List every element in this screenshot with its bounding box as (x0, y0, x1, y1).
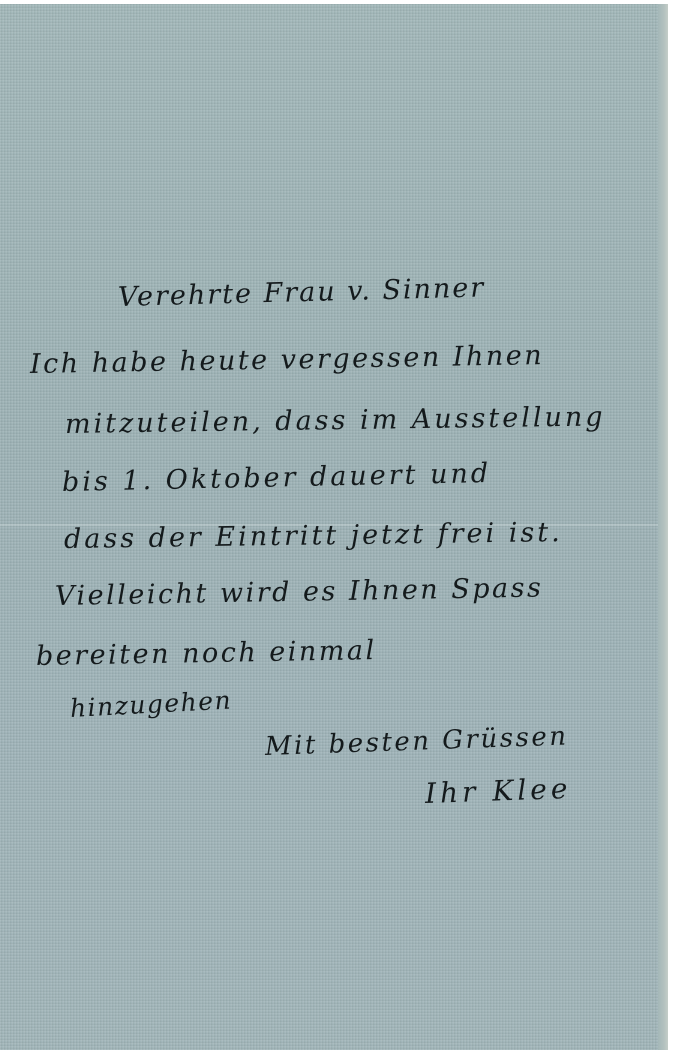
letter-signature: Ihr Klee (424, 772, 571, 810)
letter-body-line: Vielleicht wird es Ihnen Spass (55, 572, 544, 612)
letter-body-line: bis 1. Oktober dauert und (62, 458, 492, 498)
letter-closing: Mit besten Grüssen (264, 721, 569, 762)
letter-body-line: mitzuteilen, dass im Ausstellung (65, 401, 606, 440)
letter-body-line: Ich habe heute vergessen Ihnen (30, 340, 545, 380)
letter-body-line: hinzugehen (69, 686, 233, 723)
letter-sheet: Verehrte Frau v. Sinner Ich habe heute v… (0, 4, 668, 1050)
paper-right-edge (658, 4, 668, 1050)
letter-body-line: dass der Eintritt jetzt frei ist. (64, 517, 563, 555)
letter-body-line: bereiten noch einmal (36, 635, 377, 672)
letter-salutation: Verehrte Frau v. Sinner (118, 272, 486, 313)
